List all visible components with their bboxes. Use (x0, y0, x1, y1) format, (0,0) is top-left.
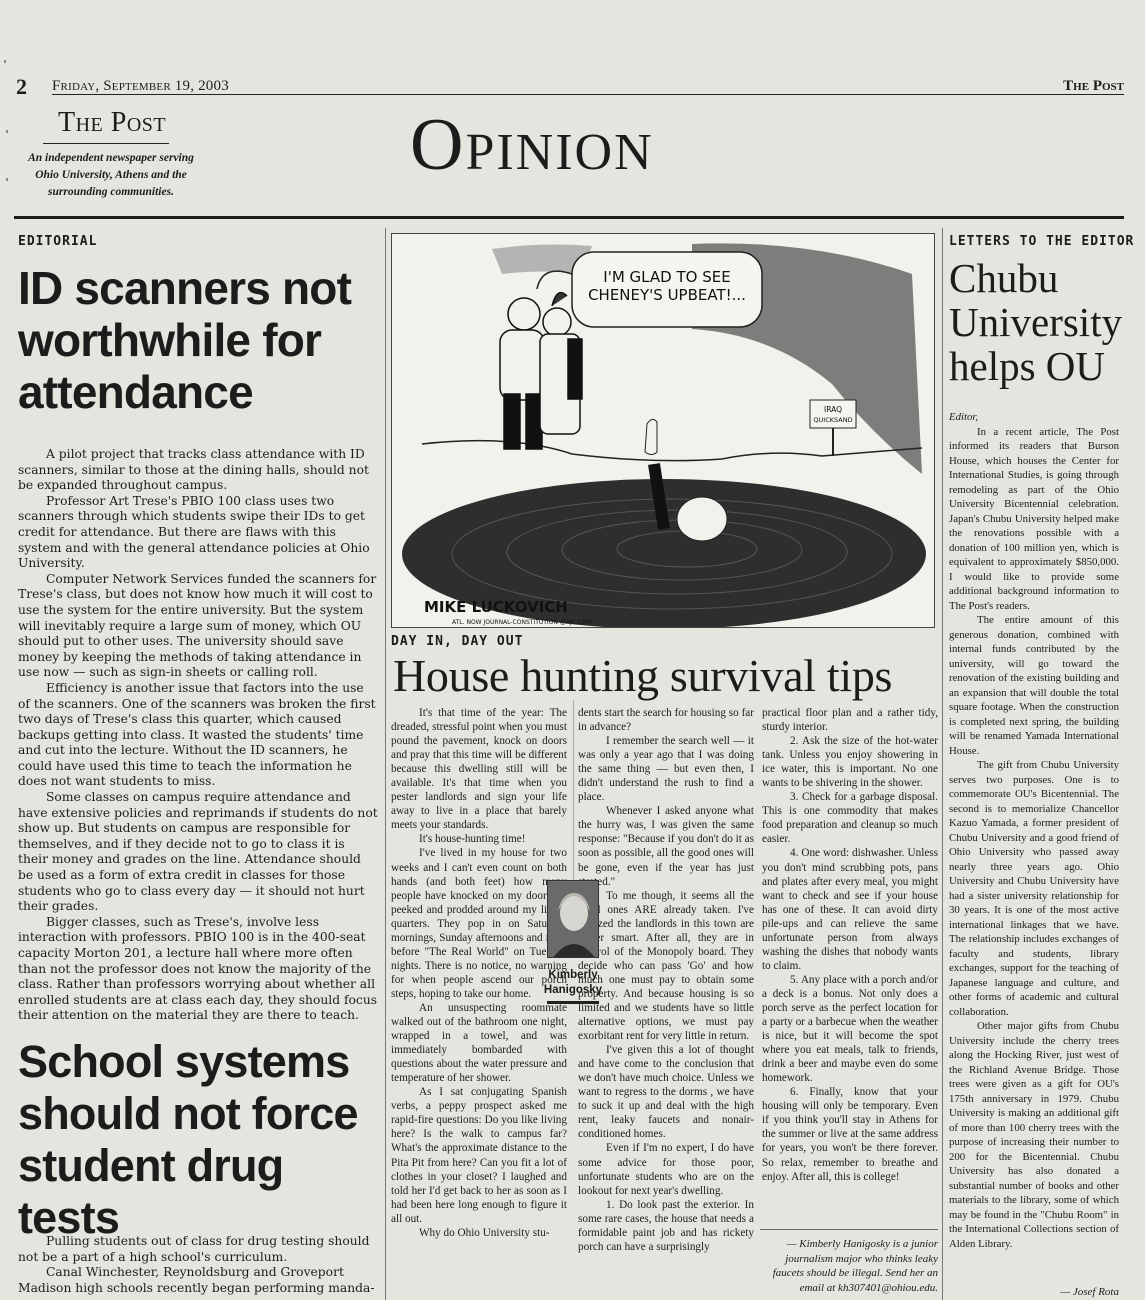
section-title: Opinion (410, 108, 654, 182)
scan-artifact (4, 60, 6, 63)
column-kicker: DAY IN, DAY OUT (391, 634, 523, 649)
editorial-body: A pilot project that tracks class attend… (18, 447, 378, 1024)
author-last-name: Hanigosky (541, 983, 605, 998)
paragraph: Computer Network Services funded the sca… (18, 572, 378, 681)
paragraph: Other major gifts from Chubu University … (949, 1019, 1119, 1251)
header-rule (14, 216, 1124, 219)
folio-paper-name: The Post (1063, 78, 1124, 95)
paragraph: The gift from Chubu University serves tw… (949, 758, 1119, 1019)
letter-signature: — Josef Rota (949, 1286, 1119, 1298)
sign-text-2: QUICKSAND (813, 416, 852, 424)
cartoon-drawing: I'M GLAD TO SEE CHENEY'S UPBEAT!... IRAQ… (392, 234, 935, 628)
editorial-headline: ID scanners not worthwhile for attendanc… (18, 262, 378, 418)
paragraph: practical floor plan and a rather tidy, … (762, 706, 938, 734)
paragraph: 5. Any place with a porch and/or a deck … (762, 973, 938, 1085)
author-tagline: — Kimberly Hanigosky is a junior journal… (760, 1237, 938, 1295)
paragraph: Whenever I asked anyone what the hurry w… (578, 804, 754, 888)
letter-body: Editor, In a recent article, The Post in… (949, 410, 1119, 1251)
paragraph: The entire amount of this generous donat… (949, 613, 1119, 758)
column-divider (385, 228, 386, 1300)
editorial-kicker: EDITORIAL (18, 234, 97, 249)
newspaper-page: 2 Friday, September 19, 2003 The Post Th… (0, 0, 1145, 1300)
tagline-rule (760, 1229, 938, 1230)
paragraph: Pulling students out of class for drug t… (18, 1234, 378, 1265)
scan-artifact (6, 178, 8, 181)
editorial-body: Pulling students out of class for drug t… (18, 1234, 378, 1296)
paragraph: Canal Winchester, Reynoldsburg and Grove… (18, 1265, 378, 1296)
paragraph: It's house-hunting time! (391, 832, 567, 846)
paragraph: Even if I'm no expert, I do have some ad… (578, 1141, 754, 1197)
cartoonist-signature: MIKE LUCKOVICH (424, 598, 568, 616)
sign-text-1: IRAQ (824, 405, 842, 414)
column-text-3: practical floor plan and a rather tidy, … (762, 706, 938, 1184)
editorial-headline: School systems should not force student … (18, 1036, 378, 1244)
letter-salutation: Editor, (949, 410, 1119, 425)
cartoon-credit: ATL. NOW JOURNAL-CONSTITUTION @AJC.COM (452, 619, 592, 626)
paragraph: Efficiency is another issue that factors… (18, 681, 378, 790)
column-divider (942, 228, 943, 1300)
editorial-cartoon: I'M GLAD TO SEE CHENEY'S UPBEAT!... IRAQ… (391, 233, 935, 628)
paragraph: 3. Check for a garbage disposal. This is… (762, 790, 938, 846)
paragraph: 2. Ask the size of the hot-water tank. U… (762, 734, 938, 790)
paragraph: To me though, it seems all the good ones… (578, 889, 754, 1044)
paragraph: In a recent article, The Post informed i… (949, 425, 1119, 614)
issue-date: Friday, September 19, 2003 (52, 78, 229, 95)
speech-text-2: CHENEY'S UPBEAT!... (588, 286, 746, 304)
paragraph: An unsuspecting roommate walked out of t… (391, 1001, 567, 1085)
masthead-name: The Post (58, 107, 166, 139)
paragraph: Some classes on campus require attendanc… (18, 790, 378, 915)
folio-line: 2 Friday, September 19, 2003 The Post (14, 76, 1124, 98)
paragraph: I remember the search well — it was only… (578, 734, 754, 804)
masthead-rule (43, 143, 169, 144)
paragraph: As I sat conjugating Spanish verbs, a pe… (391, 1085, 567, 1225)
paragraph: I've given this a lot of thought and hav… (578, 1043, 754, 1141)
author-first-name: Kimberly (541, 968, 605, 983)
speech-text-1: I'M GLAD TO SEE (603, 268, 730, 286)
folio-rule (52, 94, 1124, 95)
column-headline: House hunting survival tips (393, 650, 892, 702)
letters-kicker: LETTERS TO THE EDITOR (949, 234, 1134, 249)
page-number: 2 (16, 74, 27, 100)
paragraph: It's that time of the year: The dreaded,… (391, 706, 567, 832)
author-name: Kimberly Hanigosky (541, 968, 605, 998)
paragraph: Bigger classes, such as Trese's, involve… (18, 915, 378, 1024)
scan-artifact (6, 130, 8, 133)
masthead-tagline: An independent newspaper serving Ohio Un… (20, 150, 202, 201)
paragraph: 6. Finally, know that your housing will … (762, 1085, 938, 1183)
paragraph: 4. One word: dishwasher. Unless you don'… (762, 846, 938, 972)
paragraph: 1. Do look past the exterior. In some ra… (578, 1198, 754, 1254)
author-photo (547, 880, 599, 958)
column-gutter (573, 700, 574, 880)
paragraph: Why do Ohio University stu- (391, 1226, 567, 1240)
letter-headline: Chubu University helps OU (949, 256, 1139, 388)
paragraph: A pilot project that tracks class attend… (18, 447, 378, 494)
author-rule (547, 1001, 599, 1004)
paragraph: dents start the search for housing so fa… (578, 706, 754, 734)
paragraph: Professor Art Trese's PBIO 100 class use… (18, 494, 378, 572)
